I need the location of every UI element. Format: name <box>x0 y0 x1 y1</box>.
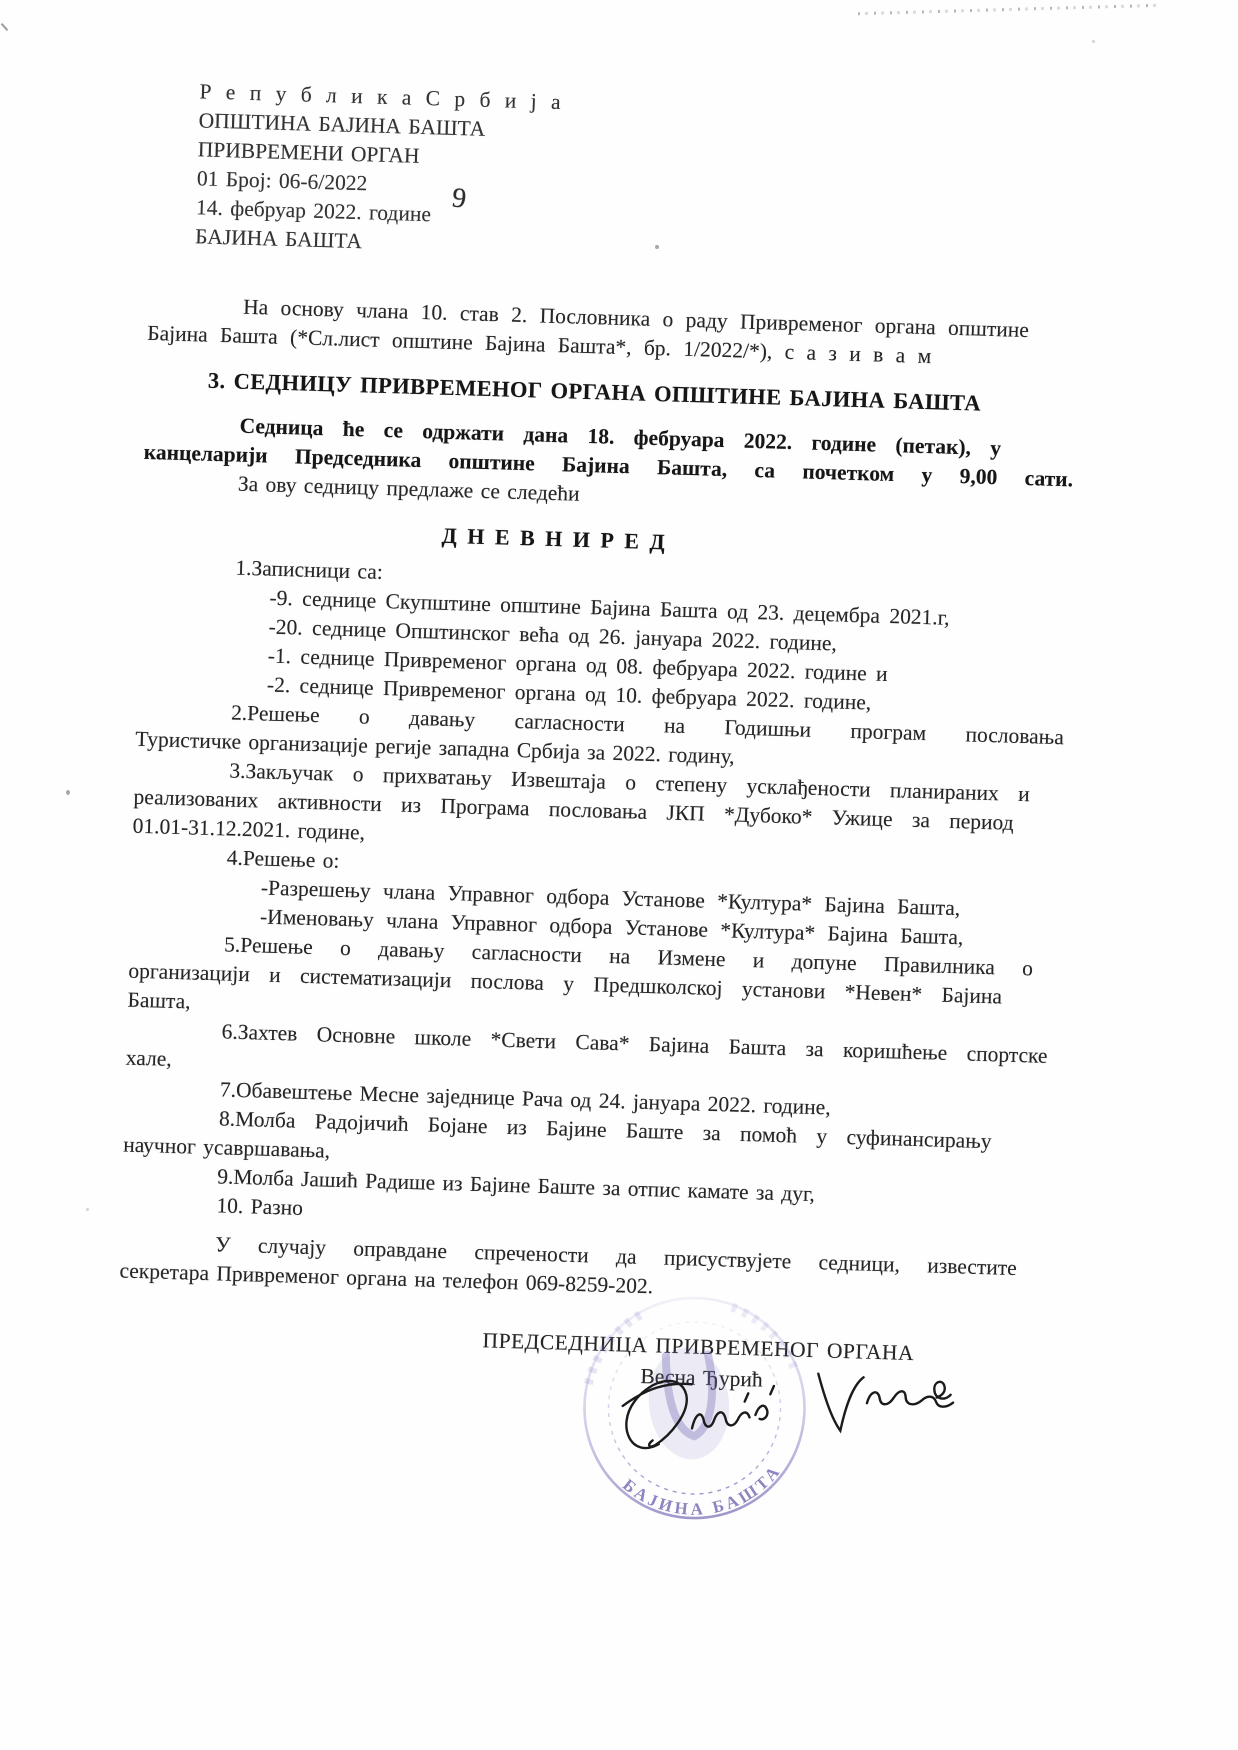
scanned-page: 9 Р е п у б л и к а С р б и ј а ОПШТИНА … <box>0 0 1238 1750</box>
scan-edge-mark <box>1 23 9 31</box>
scan-speckle <box>86 1208 89 1211</box>
scan-artifact-line <box>858 4 1158 15</box>
scan-speckle <box>66 790 70 795</box>
scan-speckle <box>1092 40 1095 43</box>
document-text: Р е п у б л и к а С р б и ј а ОПШТИНА БА… <box>116 76 1099 1403</box>
handwritten-signature <box>592 1333 958 1482</box>
